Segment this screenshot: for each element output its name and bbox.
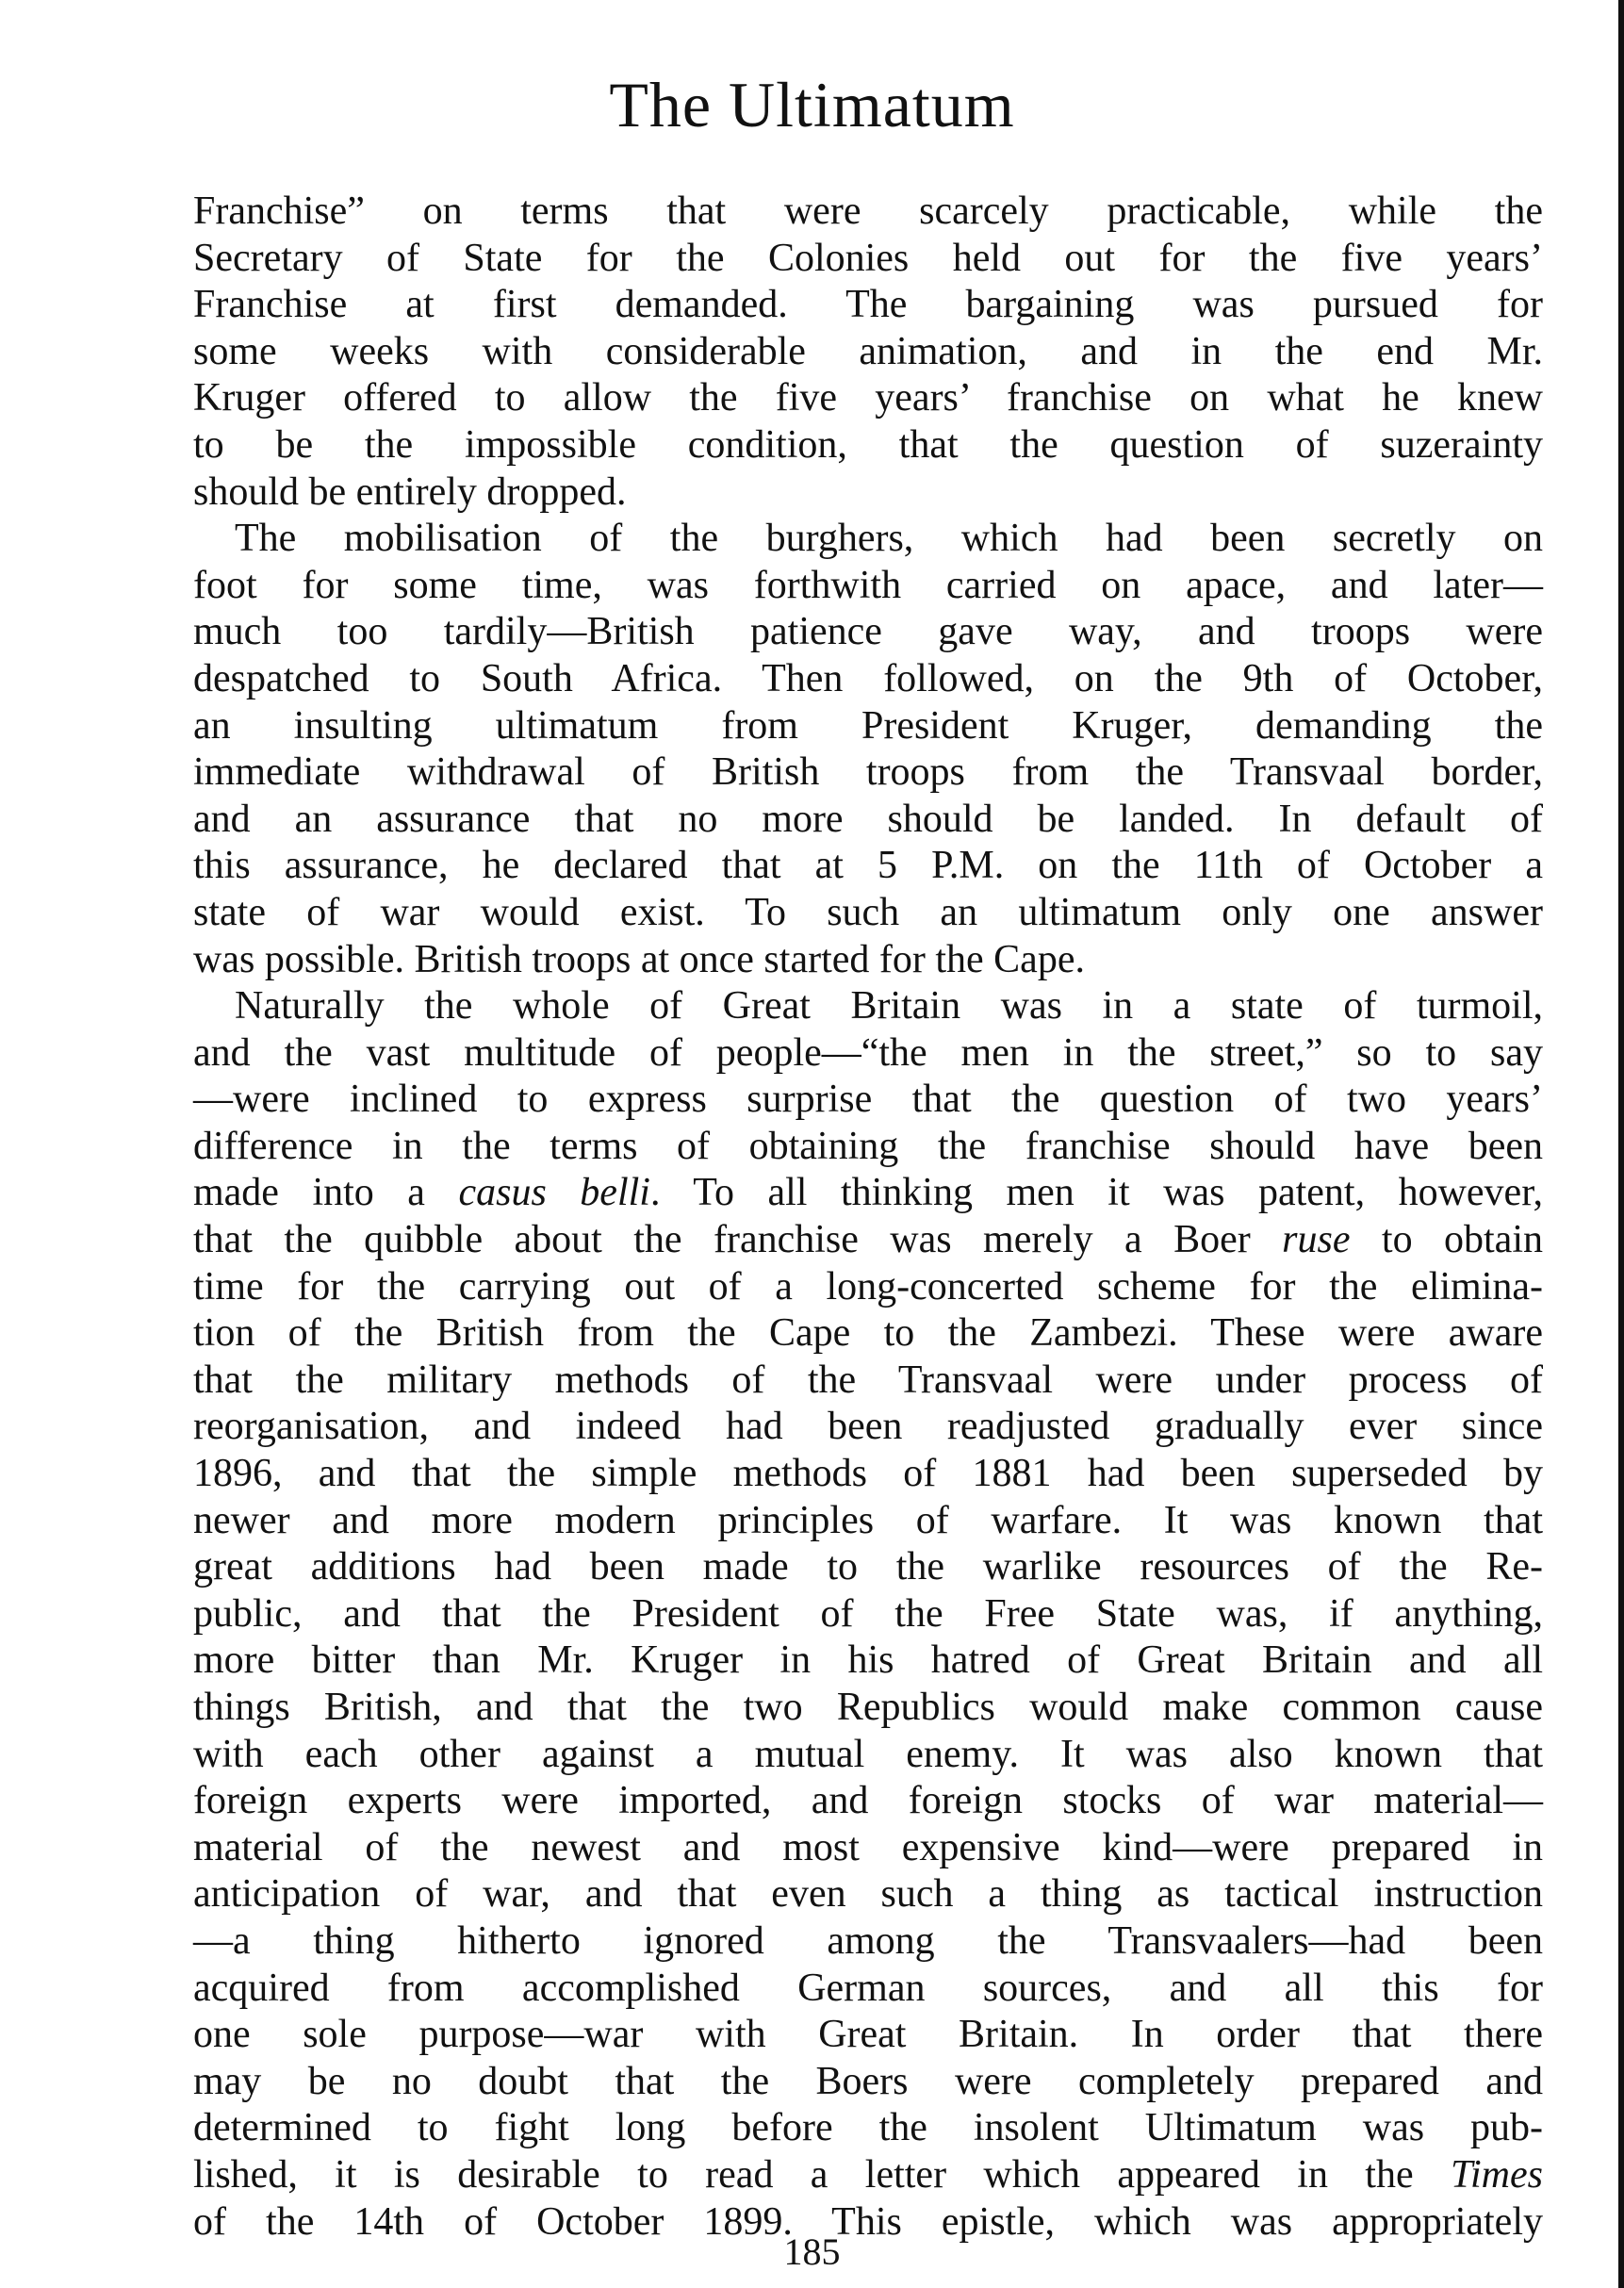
- text-line: Naturally the whole of Great Britain was…: [193, 983, 1543, 1030]
- text-line: acquired from accomplished German source…: [193, 1966, 1543, 2013]
- paragraph: Franchise” on terms that were scarcely p…: [193, 189, 1543, 516]
- body-text: Franchise” on terms that were scarcely p…: [193, 189, 1543, 2246]
- paragraph: The mobilisation of the burghers, which …: [193, 516, 1543, 983]
- page-title: The Ultimatum: [0, 68, 1624, 142]
- text-line: made into a casus belli. To all thinking…: [193, 1170, 1543, 1217]
- text-line: should be entirely dropped.: [193, 469, 1543, 517]
- text-line: difference in the terms of obtaining the…: [193, 1124, 1543, 1171]
- text-line: Secretary of State for the Colonies held…: [193, 236, 1543, 283]
- text-line: tion of the British from the Cape to the…: [193, 1310, 1543, 1358]
- text-line: with each other against a mutual enemy. …: [193, 1732, 1543, 1779]
- text-line: that the quibble about the franchise was…: [193, 1217, 1543, 1264]
- italic-term: casus belli: [458, 1171, 650, 1214]
- text-line: one sole purpose—war with Great Britain.…: [193, 2012, 1543, 2059]
- text-line: material of the newest and most expensiv…: [193, 1825, 1543, 1872]
- text-line: state of war would exist. To such an ult…: [193, 890, 1543, 937]
- italic-term: Times: [1451, 2153, 1543, 2197]
- text-line: despatched to South Africa. Then followe…: [193, 656, 1543, 703]
- text-line: and an assurance that no more should be …: [193, 797, 1543, 844]
- text-line: determined to fight long before the inso…: [193, 2105, 1543, 2152]
- text-line: 1896, and that the simple methods of 188…: [193, 1451, 1543, 1498]
- text-line: an insulting ultimatum from President Kr…: [193, 703, 1543, 750]
- text-line: great additions had been made to the war…: [193, 1544, 1543, 1591]
- text-line: immediate withdrawal of British troops f…: [193, 749, 1543, 797]
- text-line: that the military methods of the Transva…: [193, 1358, 1543, 1405]
- text-line: reorganisation, and indeed had been read…: [193, 1404, 1543, 1451]
- text-line: The mobilisation of the burghers, which …: [193, 516, 1543, 563]
- page-edge-divider: [1618, 0, 1624, 2288]
- text-line: things British, and that the two Republi…: [193, 1685, 1543, 1732]
- text-line: to be the impossible condition, that the…: [193, 422, 1543, 469]
- paragraph: Naturally the whole of Great Britain was…: [193, 983, 1543, 2246]
- text-line: —a thing hitherto ignored among the Tran…: [193, 1918, 1543, 1966]
- text-line: time for the carrying out of a long-conc…: [193, 1264, 1543, 1311]
- text-line: foreign experts were imported, and forei…: [193, 1778, 1543, 1825]
- page-number: 185: [0, 2230, 1624, 2274]
- text-line: more bitter than Mr. Kruger in his hatre…: [193, 1638, 1543, 1685]
- text-line: anticipation of war, and that even such …: [193, 1871, 1543, 1918]
- text-line: —were inclined to express surprise that …: [193, 1077, 1543, 1124]
- text-line: lished, it is desirable to read a letter…: [193, 2152, 1543, 2199]
- text-line: public, and that the President of the Fr…: [193, 1591, 1543, 1638]
- text-line: Franchise at first demanded. The bargain…: [193, 282, 1543, 329]
- text-line: much too tardily—British patience gave w…: [193, 609, 1543, 656]
- text-line: and the vast multitude of people—“the me…: [193, 1030, 1543, 1078]
- italic-term: ruse: [1282, 1218, 1350, 1261]
- text-line: newer and more modern principles of warf…: [193, 1498, 1543, 1545]
- text-line: Franchise” on terms that were scarcely p…: [193, 189, 1543, 236]
- text-line: some weeks with considerable animation, …: [193, 329, 1543, 376]
- book-page: The Ultimatum Franchise” on terms that w…: [0, 0, 1624, 2288]
- text-line: Kruger offered to allow the five years’ …: [193, 375, 1543, 422]
- text-line: was possible. British troops at once sta…: [193, 937, 1543, 984]
- text-line: this assurance, he declared that at 5 P.…: [193, 843, 1543, 890]
- text-line: may be no doubt that the Boers were comp…: [193, 2059, 1543, 2106]
- text-line: foot for some time, was forthwith carrie…: [193, 563, 1543, 610]
